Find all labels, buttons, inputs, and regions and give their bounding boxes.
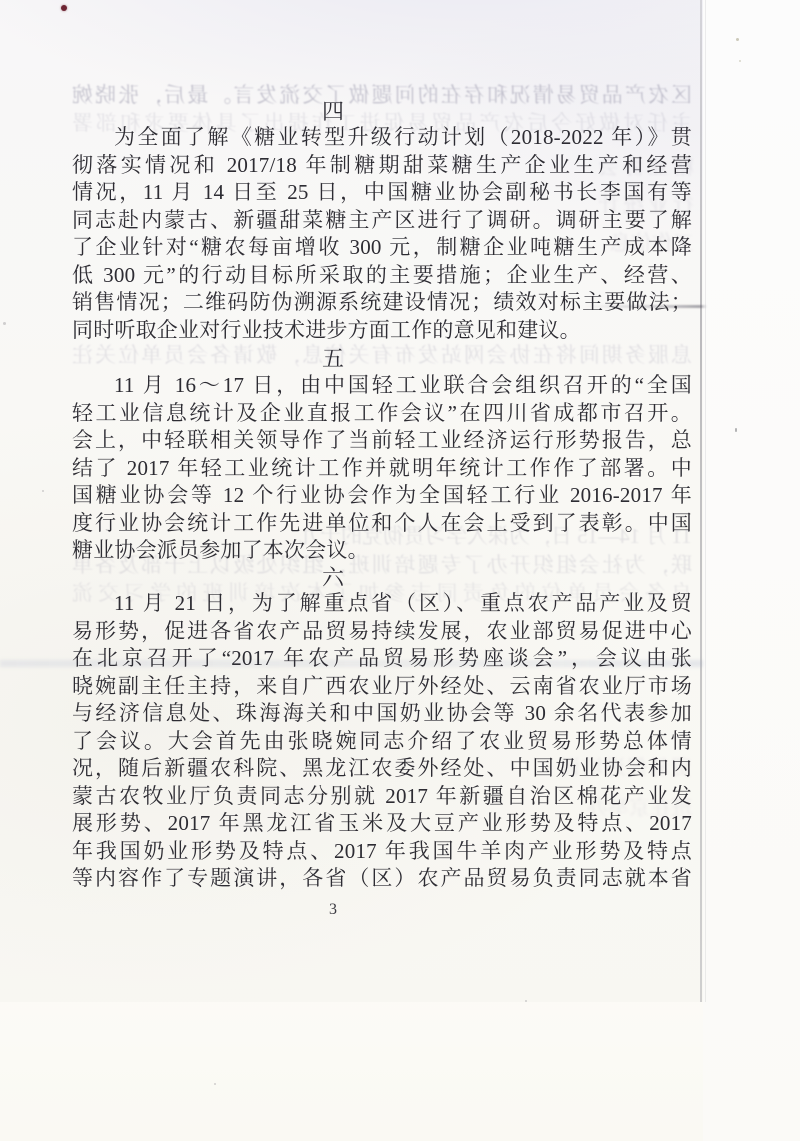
text-line: 同志赴内蒙古、新疆甜菜糖主产区进行了调研。调研主要了解 (72, 207, 692, 235)
text-line: 在北京召开了“2017 年农产品贸易形势座谈会”，会议由张 (72, 645, 692, 673)
text-line: 为全面了解《糖业转型升级行动计划（2018-2022 年）》贯 (72, 124, 692, 152)
scanned-document: { "document": { "page_number": "3", "sec… (0, 0, 800, 1141)
section-6-paragraph: 11 月 21 日，为了解重点省（区）、重点农产品产业及贸 易形势，促进各省农产… (72, 590, 692, 893)
dust-speck (525, 1000, 527, 1002)
dust-speck (736, 38, 739, 41)
scan-bottom-band (0, 1002, 703, 1141)
text-line: 彻落实情况和 2017/18 年制糖期甜菜糖生产企业生产和经营 (72, 152, 692, 180)
scan-fold-line (700, 0, 702, 1002)
dust-speck (3, 322, 6, 325)
text-line: 了会议。大会首先由张晓婉同志介绍了农业贸易形势总体情 (72, 728, 692, 756)
section-5-paragraph: 11 月 16～17 日，由中国轻工业联合会组织召开的“全国 轻工业信息统计及企… (72, 372, 692, 565)
text-line: 结了 2017 年轻工业统计工作并就明年统计工作作了部署。中 (72, 455, 692, 483)
text-line: 了企业针对“糖农每亩增收 300 元，制糖企业吨糖生产成本降 (72, 234, 692, 262)
text-line: 同时听取企业对行业技术进步方面工作的意见和建议。 (72, 317, 692, 345)
text-line: 低 300 元”的行动目标所采取的主要措施；企业生产、经营、 (72, 262, 692, 290)
text-line: 会上，中轻联相关领导作了当前轻工业经济运行形势报告，总 (72, 427, 692, 455)
text-line: 11 月 16～17 日，由中国轻工业联合会组织召开的“全国 (72, 372, 692, 400)
text-line: 展形势、2017 年黑龙江省玉米及大豆产业形势及特点、2017 (72, 810, 692, 838)
text-line: 11 月 21 日，为了解重点省（区）、重点农产品产业及贸 (72, 590, 692, 618)
text-line: 年我国奶业形势及特点、2017 年我国牛羊肉产业形势及特点 (72, 838, 692, 866)
section-heading-5: 五 (72, 347, 594, 371)
text-line: 况，随后新疆农科院、黑龙江农委外经处、中国奶业协会和内 (72, 755, 692, 783)
text-line: 度行业协会统计工作先进单位和个人在会上受到了表彰。中国 (72, 510, 692, 538)
dust-speck (735, 428, 737, 432)
scan-edge-strip (703, 0, 800, 1141)
text-line: 与经济信息处、珠海海关和中国奶业协会等 30 余名代表参加 (72, 700, 692, 728)
text-line: 等内容作了专题演讲，各省（区）农产品贸易负责同志就本省 (72, 865, 692, 893)
text-line: 轻工业信息统计及企业直报工作会议”在四川省成都市召开。 (72, 400, 692, 428)
dust-speck (42, 490, 44, 492)
red-ink-dot (61, 5, 67, 11)
section-4-paragraph: 为全面了解《糖业转型升级行动计划（2018-2022 年）》贯 彻落实情况和 2… (72, 124, 692, 344)
text-line: 销售情况；二维码防伪溯源系统建设情况；绩效对标主要做法； (72, 289, 692, 317)
text-line: 晓婉副主任主持，来自广西农业厅外经处、云南省农业厅市场 (72, 673, 692, 701)
text-line: 易形势，促进各省农产品贸易持续发展，农业部贸易促进中心 (72, 618, 692, 646)
dust-speck (214, 1083, 216, 1085)
section-heading-4: 四 (72, 100, 594, 124)
dust-speck (739, 60, 741, 62)
section-heading-6: 六 (72, 566, 594, 590)
text-line: 糖业协会派员参加了本次会议。 (72, 537, 692, 565)
text-line: 情况，11 月 14 日至 25 日，中国糖业协会副秘书长李国有等 (72, 179, 692, 207)
text-line: 国糖业协会等 12 个行业协会作为全国轻工行业 2016-2017 年 (72, 482, 692, 510)
page-number: 3 (313, 901, 353, 919)
scan-fold-line-secondary (705, 0, 706, 1002)
text-line: 蒙古农牧业厅负责同志分别就 2017 年新疆自治区棉花产业发 (72, 783, 692, 811)
